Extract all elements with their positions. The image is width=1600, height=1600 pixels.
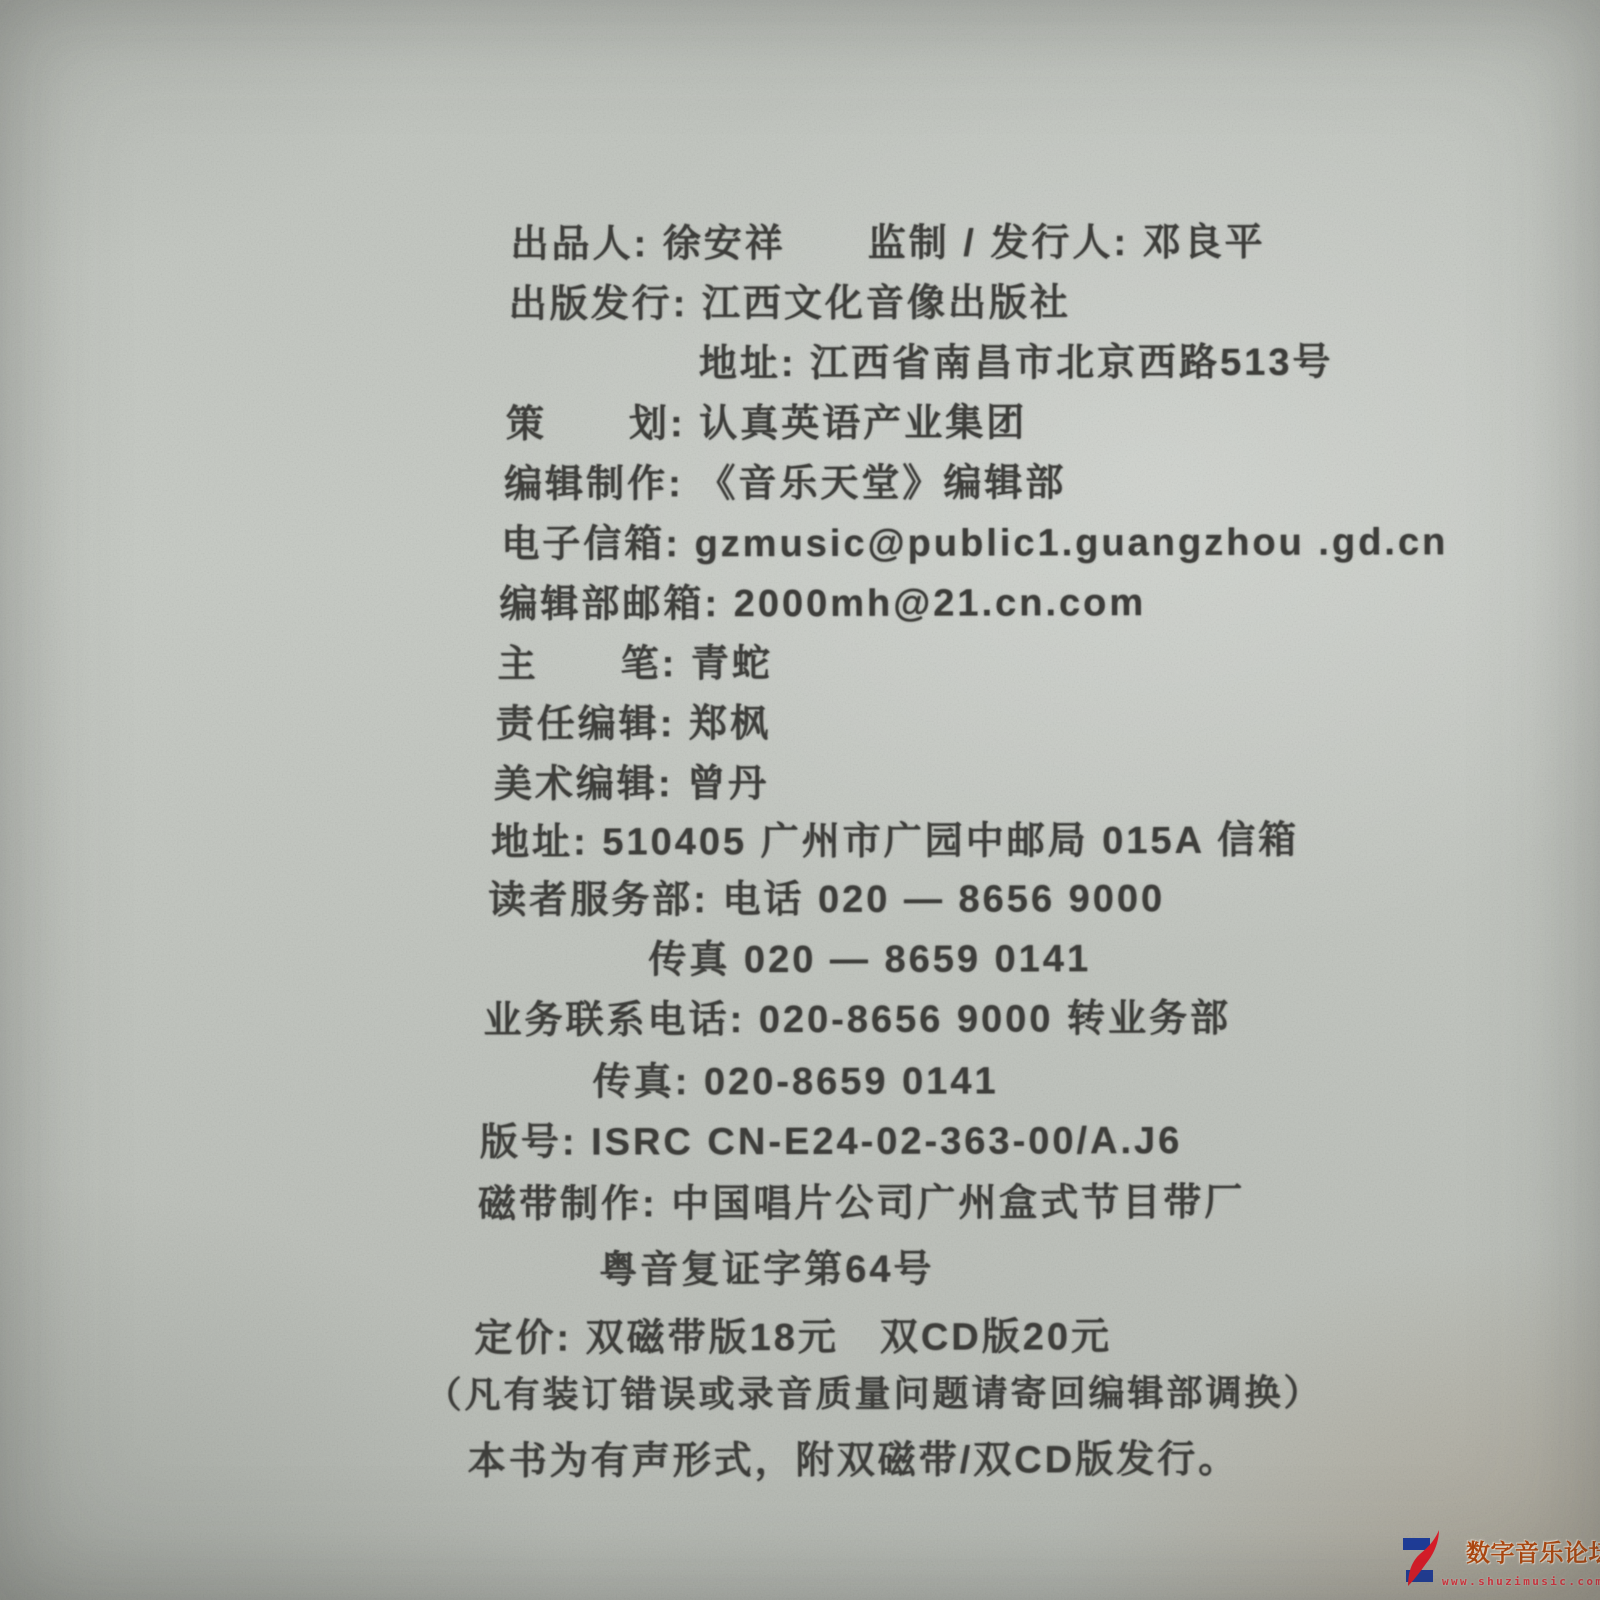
- address-line: 地址: 510405 广州市广园中邮局 015A 信箱: [491, 809, 1299, 866]
- shuzimusic-logo-icon: [1398, 1528, 1444, 1588]
- chief-writer-line: 主 笔: 青蛇: [498, 632, 773, 688]
- business-phone-line: 业务联系电话: 020-8656 9000 转业务部: [483, 987, 1231, 1044]
- reader-service-phone-line: 读者服务部: 电话 020 — 8656 9000: [488, 867, 1165, 924]
- art-editor-line: 美术编辑: 曾丹: [494, 752, 769, 808]
- shuzimusic-watermark: 数字音乐论坛 www.shuzimusic.com: [1396, 1526, 1600, 1596]
- responsible-editor-line: 责任编辑: 郑枫: [496, 692, 771, 748]
- format-note-line: 本书为有声形式，附双磁带/双CD版发行。: [468, 1428, 1240, 1485]
- email-line: 电子信箱: gzmusic@public1.guangzhou .gd.cn: [501, 510, 1448, 567]
- editing-production-line: 编辑制作: 《音乐天堂》编辑部: [504, 451, 1066, 507]
- publisher-address-line: 地址: 江西省南昌市北京西路513号: [699, 331, 1334, 388]
- producer-line: 出品人: 徐安祥 监制 / 发行人: 邓良平: [510, 211, 1265, 268]
- business-fax-line: 传真: 020-8659 0141: [593, 1049, 999, 1105]
- watermark-site-url: www.shuzimusic.com: [1442, 1575, 1600, 1588]
- catalog-number-line: 版号: ISRC CN-E24-02-363-00/A.J6: [480, 1109, 1183, 1166]
- publisher-line: 出版发行: 江西文化音像出版社: [509, 271, 1071, 327]
- colophon-text-block: 出品人: 徐安祥 监制 / 发行人: 邓良平 出版发行: 江西文化音像出版社 地…: [0, 0, 1600, 1600]
- price-line: 定价: 双磁带版18元 双CD版20元: [474, 1305, 1112, 1362]
- planning-line: 策 划: 认真英语产业集团: [506, 391, 1027, 447]
- reader-service-fax-line: 传真 020 — 8659 0141: [648, 927, 1091, 983]
- license-number-line: 粤音复证字第64号: [599, 1238, 934, 1294]
- tape-production-line: 磁带制作: 中国唱片公司广州盒式节目带厂: [478, 1171, 1245, 1228]
- return-policy-line: （凡有装订错误或录音质量问题请寄回编辑部调换）: [425, 1365, 1322, 1418]
- watermark-site-name: 数字音乐论坛: [1466, 1533, 1600, 1568]
- editorial-email-line: 编辑部邮箱: 2000mh@21.cn.com: [499, 571, 1146, 628]
- colophon-page-photo: 出品人: 徐安祥 监制 / 发行人: 邓良平 出版发行: 江西文化音像出版社 地…: [0, 0, 1600, 1600]
